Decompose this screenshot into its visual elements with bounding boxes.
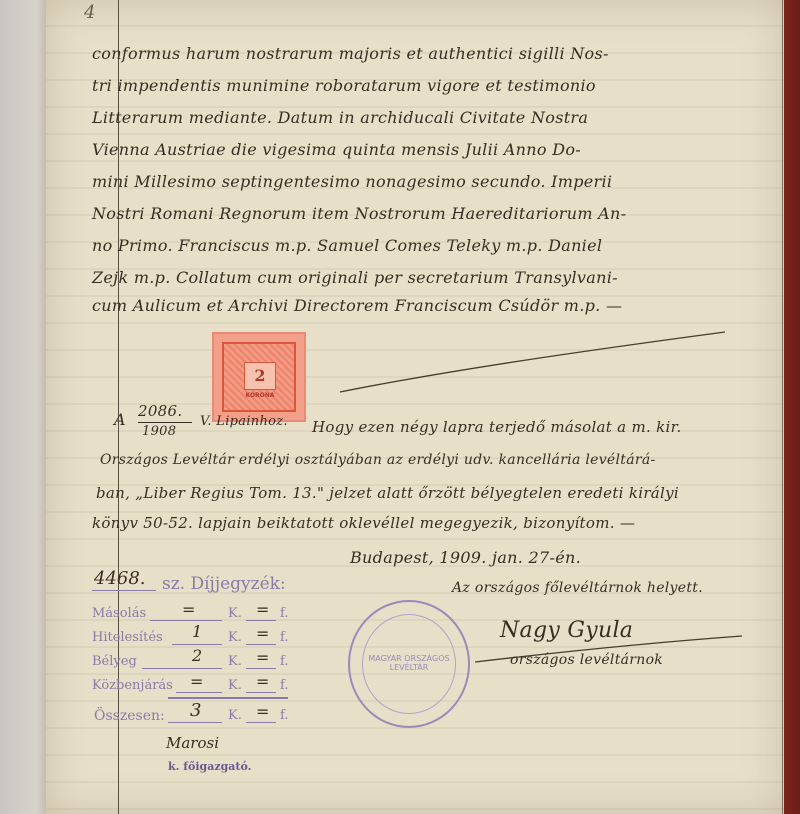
fee-row-label: Másolás	[92, 606, 146, 621]
stamp-currency: KORONA	[232, 392, 288, 399]
ref-number: 2086.	[138, 402, 182, 420]
addressee: V. Lipainhoz.	[200, 414, 288, 429]
fee-row-filler: =	[256, 672, 269, 691]
director-signature: Marosi	[166, 734, 219, 752]
unit-k: K.	[228, 630, 242, 645]
seal-text: MAGYAR ORSZÁGOS LEVÉLTÁR	[350, 654, 468, 672]
fee-row-label: Közbenjárás	[92, 678, 173, 693]
fee-blank	[246, 644, 276, 645]
fee-row-korona: 1	[192, 622, 202, 641]
latin-line: Litterarum mediante. Datum in archiducal…	[92, 108, 588, 127]
fee-row-label: Hitelesítés	[92, 630, 163, 645]
cert-line: könyv 50-52. lapjain beiktatott oklevéll…	[92, 514, 635, 532]
total-filler: =	[256, 702, 269, 721]
on-behalf: Az országos főlevéltárnok helyett.	[452, 580, 703, 596]
fee-row-filler: =	[256, 600, 269, 619]
unit-f: f.	[280, 678, 288, 693]
fee-blank	[176, 692, 222, 693]
fee-blank	[150, 620, 222, 621]
place-date: Budapest, 1909. jan. 27-én.	[350, 548, 581, 567]
fee-blank	[246, 668, 276, 669]
cert-line: Országos Levéltár erdélyi osztályában az…	[100, 452, 656, 468]
latin-line: cum Aulicum et Archivi Directorem Franci…	[92, 296, 622, 315]
page-number: 4	[84, 2, 95, 23]
revenue-stamp: 2 KORONA	[212, 332, 306, 422]
total-rule	[168, 697, 288, 699]
unit-k: K.	[228, 678, 242, 693]
fee-row-filler: =	[256, 624, 269, 643]
fee-list-label: sz. Díjjegyzék:	[162, 574, 286, 594]
fee-number-line	[92, 590, 156, 591]
unit-f: f.	[280, 606, 288, 621]
total-korona: 3	[190, 700, 201, 721]
unit-k: K.	[228, 654, 242, 669]
signer-title: országos levéltárnok	[510, 652, 663, 668]
fee-blank	[172, 644, 222, 645]
fee-row-filler: =	[256, 648, 269, 667]
archive-seal: MAGYAR ORSZÁGOS LEVÉLTÁR	[348, 600, 470, 728]
latin-line: tri impendentis munimine roboratarum vig…	[92, 76, 596, 95]
unit-k: K.	[228, 606, 242, 621]
latin-line: no Primo. Franciscus m.p. Samuel Comes T…	[92, 236, 602, 255]
fee-blank	[246, 722, 276, 723]
cert-line: Hogy ezen négy lapra terjedő másolat a m…	[312, 418, 682, 436]
fee-row-korona: =	[190, 672, 203, 691]
ref-prefix: A	[114, 410, 126, 429]
unit-f: f.	[280, 708, 288, 723]
latin-line: conformus harum nostrarum majoris et aut…	[92, 44, 609, 63]
stamp-value: 2	[244, 362, 276, 390]
right-margin-line	[782, 0, 783, 814]
fee-row-korona: 2	[192, 646, 202, 665]
fee-blank	[142, 668, 222, 669]
latin-line: Vienna Austriae die vigesima quinta mens…	[92, 140, 581, 159]
unit-f: f.	[280, 654, 288, 669]
latin-line: mini Millesimo septingentesimo nonagesim…	[92, 172, 612, 191]
unit-f: f.	[280, 630, 288, 645]
ref-year: 1908	[142, 424, 176, 439]
fee-row-korona: =	[182, 600, 195, 619]
unit-k: K.	[228, 708, 242, 723]
cert-line: ban, „Liber Regius Tom. 13." jelzet alat…	[96, 484, 679, 502]
latin-line: Nostri Romani Regnorum item Nostrorum Ha…	[92, 204, 626, 223]
director-title: k. főigazgató.	[168, 760, 251, 773]
fee-blank	[168, 722, 222, 723]
fee-blank	[246, 620, 276, 621]
fee-row-label: Bélyeg	[92, 654, 137, 669]
fee-blank	[246, 692, 276, 693]
flourish-line	[330, 330, 730, 400]
latin-line: Zejk m.p. Collatum cum originali per sec…	[92, 268, 618, 287]
total-label: Összesen:	[94, 708, 165, 724]
ref-fraction-bar	[138, 422, 192, 423]
fee-list-number: 4468.	[94, 568, 146, 589]
